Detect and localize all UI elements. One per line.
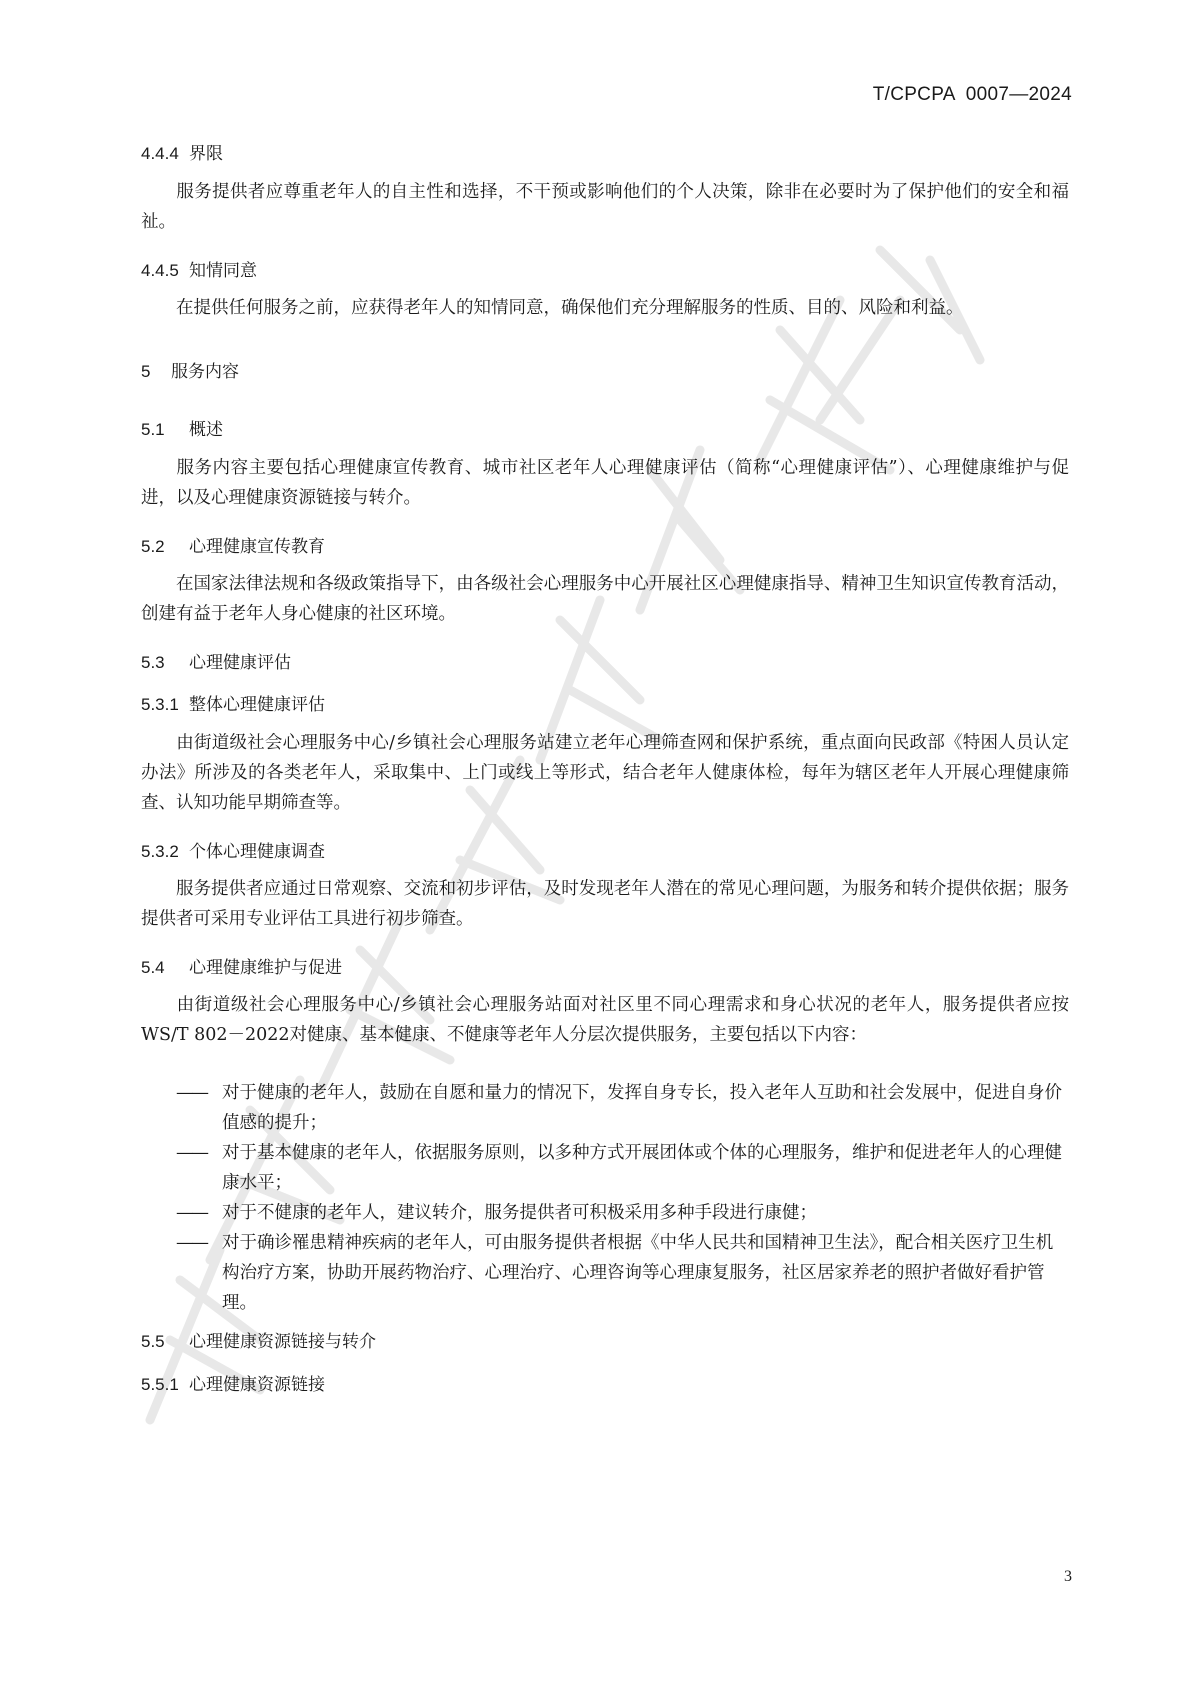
heading-5-1: 5.1概述: [141, 415, 223, 440]
heading-5-5-1: 5.5.1心理健康资源链接: [141, 1370, 325, 1395]
heading-number: 5.1: [141, 420, 189, 440]
heading-number: 4.4.5: [141, 261, 189, 281]
heading-title: 概述: [189, 420, 223, 440]
paragraph-4-4-4: 服务提供者应尊重老年人的自主性和选择，不干预或影响他们的个人决策，除非在必要时为…: [141, 177, 1069, 237]
heading-number: 5.3.2: [141, 842, 189, 862]
heading-number: 5.5.1: [141, 1375, 189, 1395]
list-item: ——对于健康的老年人，鼓励在自愿和量力的情况下，发挥自身专长，投入老年人互助和社…: [176, 1078, 1069, 1138]
heading-number: 5.4: [141, 958, 189, 978]
heading-title: 知情同意: [189, 261, 257, 281]
list-item-text: 对于确诊罹患精神疾病的老年人，可由服务提供者根据《中华人民共和国精神卫生法》，配…: [222, 1233, 1053, 1313]
paragraph-text: 服务提供者应通过日常观察、交流和初步评估，及时发现老年人潜在的常见心理问题，为服…: [141, 879, 1069, 929]
heading-title: 心理健康资源链接与转介: [189, 1332, 376, 1352]
list-item: ——对于确诊罹患精神疾病的老年人，可由服务提供者根据《中华人民共和国精神卫生法》…: [176, 1228, 1069, 1318]
heading-5-3-1: 5.3.1整体心理健康评估: [141, 690, 325, 715]
heading-title: 心理健康维护与促进: [189, 958, 342, 978]
paragraph-text: 在提供任何服务之前，应获得老年人的知情同意，确保他们充分理解服务的性质、目的、风…: [176, 298, 964, 318]
list-item-text: 对于基本健康的老年人，依据服务原则，以多种方式开展团体或个体的心理服务，维护和促…: [222, 1143, 1062, 1193]
list-dash: ——: [176, 1078, 222, 1108]
heading-5-3: 5.3心理健康评估: [141, 648, 291, 673]
document-code: T/CPCPA0007—2024: [873, 84, 1072, 106]
heading-4-4-4: 4.4.4界限: [141, 139, 223, 164]
heading-number: 5: [141, 362, 171, 382]
paragraph-5-3-1: 由街道级社会心理服务中心/乡镇社会心理服务站建立老年心理筛查网和保护系统，重点面…: [141, 728, 1069, 818]
heading-5-2: 5.2心理健康宣传教育: [141, 532, 325, 557]
paragraph-5-2: 在国家法律法规和各级政策指导下，由各级社会心理服务中心开展社区心理健康指导、精神…: [141, 569, 1069, 629]
heading-title: 界限: [189, 144, 223, 164]
heading-4-4-5: 4.4.5知情同意: [141, 256, 257, 281]
list-item: ——对于不健康的老年人，建议转介，服务提供者可积极采用多种手段进行康健；: [176, 1198, 1069, 1228]
paragraph-text: 服务提供者应尊重老年人的自主性和选择，不干预或影响他们的个人决策，除非在必要时为…: [141, 182, 1069, 232]
heading-5-4: 5.4心理健康维护与促进: [141, 953, 342, 978]
paragraph-text: 在国家法律法规和各级政策指导下，由各级社会心理服务中心开展社区心理健康指导、精神…: [141, 574, 1069, 624]
document-code-number: 0007—2024: [966, 84, 1072, 105]
heading-number: 5.3.1: [141, 695, 189, 715]
page-number: 3: [1064, 1568, 1072, 1586]
list-item-text: 对于健康的老年人，鼓励在自愿和量力的情况下，发挥自身专长，投入老年人互助和社会发…: [222, 1083, 1062, 1133]
heading-number: 5.2: [141, 537, 189, 557]
list-dash: ——: [176, 1198, 222, 1228]
heading-title: 心理健康宣传教育: [189, 537, 325, 557]
paragraph-5-3-2: 服务提供者应通过日常观察、交流和初步评估，及时发现老年人潜在的常见心理问题，为服…: [141, 874, 1069, 934]
heading-5-3-2: 5.3.2个体心理健康调查: [141, 837, 325, 862]
document-page: T/CPCPA0007—2024 4.4.4界限 服务提供者应尊重老年人的自主性…: [0, 0, 1190, 1683]
heading-title: 服务内容: [171, 362, 239, 382]
heading-title: 心理健康资源链接: [189, 1375, 325, 1395]
list-item-text: 对于不健康的老年人，建议转介，服务提供者可积极采用多种手段进行康健；: [222, 1203, 817, 1223]
paragraph-4-4-5: 在提供任何服务之前，应获得老年人的知情同意，确保他们充分理解服务的性质、目的、风…: [141, 293, 1069, 323]
list-dash: ——: [176, 1228, 222, 1258]
heading-title: 个体心理健康调查: [189, 842, 325, 862]
paragraph-5-1: 服务内容主要包括心理健康宣传教育、城市社区老年人心理健康评估（简称“心理健康评估…: [141, 453, 1069, 513]
document-code-prefix: T/CPCPA: [873, 84, 956, 105]
heading-title: 心理健康评估: [189, 653, 291, 673]
heading-number: 5.3: [141, 653, 189, 673]
list-dash: ——: [176, 1138, 222, 1168]
heading-number: 4.4.4: [141, 144, 189, 164]
heading-5-5: 5.5心理健康资源链接与转介: [141, 1327, 376, 1352]
heading-number: 5.5: [141, 1332, 189, 1352]
paragraph-text: 服务内容主要包括心理健康宣传教育、城市社区老年人心理健康评估（简称“心理健康评估…: [141, 458, 1069, 508]
list-item: ——对于基本健康的老年人，依据服务原则，以多种方式开展团体或个体的心理服务，维护…: [176, 1138, 1069, 1198]
heading-5: 5服务内容: [141, 357, 239, 382]
heading-title: 整体心理健康评估: [189, 695, 325, 715]
paragraph-text: 由街道级社会心理服务中心/乡镇社会心理服务站建立老年心理筛查网和保护系统，重点面…: [141, 733, 1069, 813]
paragraph-text: 由街道级社会心理服务中心/乡镇社会心理服务站面对社区里不同心理需求和身心状况的老…: [141, 995, 1069, 1045]
paragraph-5-4: 由街道级社会心理服务中心/乡镇社会心理服务站面对社区里不同心理需求和身心状况的老…: [141, 990, 1069, 1050]
